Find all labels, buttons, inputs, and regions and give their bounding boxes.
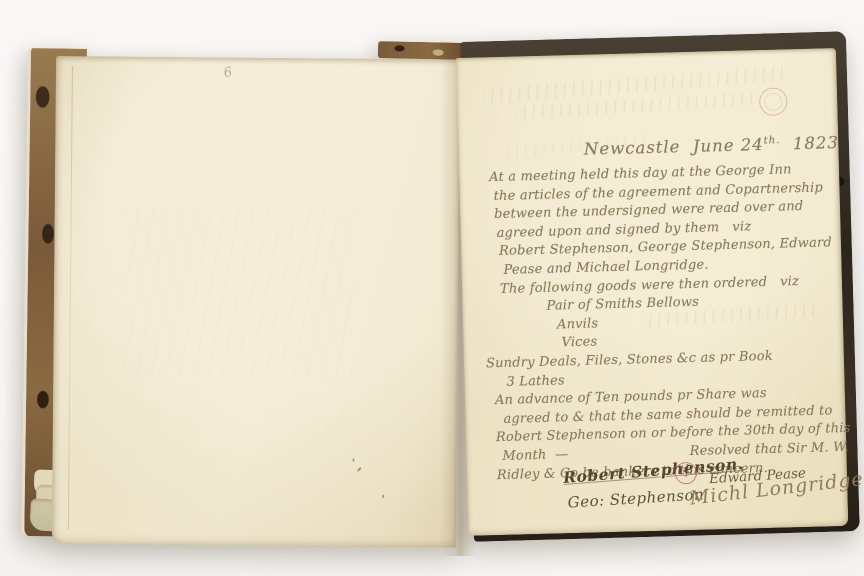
open-manuscript-book: 6 Newcastle June 24th. 1823 At a meeting… xyxy=(26,34,848,548)
heading-place-date: Newcastle June 24 xyxy=(584,135,764,159)
page-edge-line xyxy=(68,66,73,530)
red-museum-stamp-icon xyxy=(675,462,698,485)
paper-speck xyxy=(357,467,361,472)
show-through-marks xyxy=(123,207,354,379)
signature-george-stephenson: Geo: Stephenson xyxy=(567,485,704,511)
museum-stamp-inner-ring xyxy=(764,92,782,110)
right-page-manuscript: Newcastle June 24th. 1823 At a meeting h… xyxy=(456,48,848,536)
heading-ordinal-suffix: th. xyxy=(764,135,781,146)
left-page-blank: 6 xyxy=(52,56,460,548)
pencil-folio-number: 6 xyxy=(222,65,233,81)
heading-year: 1823 xyxy=(780,133,839,154)
paper-speck xyxy=(382,495,384,498)
paper-speck xyxy=(352,459,354,462)
red-stamp-inner-marks xyxy=(679,466,693,480)
museum-stamp-faint-icon xyxy=(759,87,788,116)
minute-body-text: At a meeting held this day at the George… xyxy=(487,160,839,485)
